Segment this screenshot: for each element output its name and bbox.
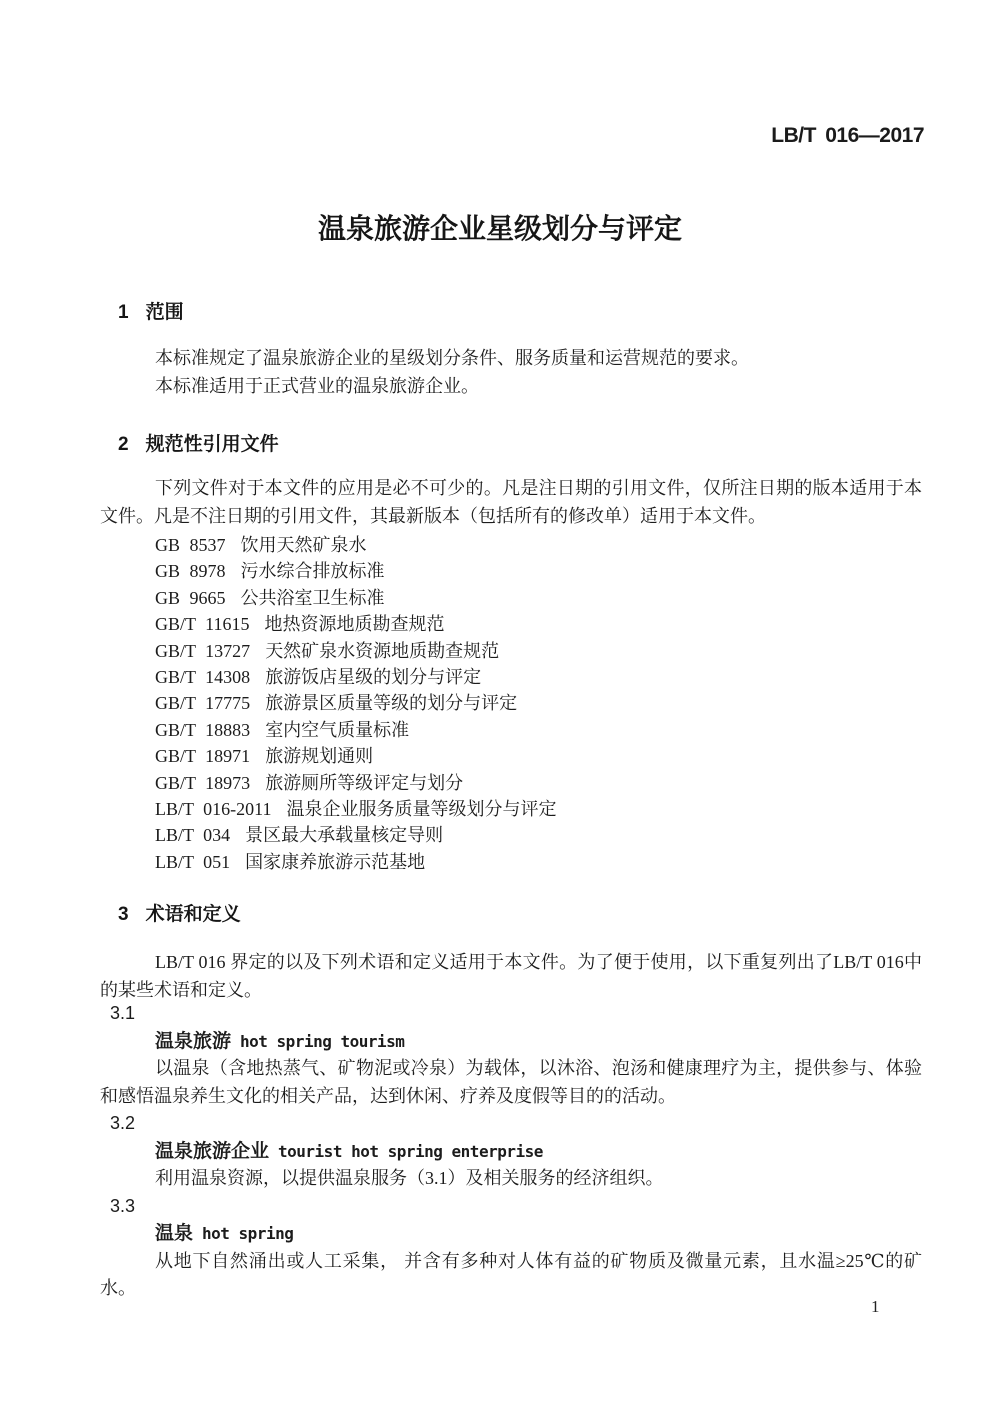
section-1-body: 本标准规定了温泉旅游企业的星级划分条件、服务质量和运营规范的要求。本标准适用于正… — [100, 344, 922, 400]
term-definition: 以温泉（含地热蒸气、矿物泥或冷泉）为载体，以沐浴、泡汤和健康理疗为主，提供参与、… — [100, 1055, 922, 1110]
term-name: 温泉hot spring — [100, 1220, 922, 1248]
reference-title: 室内空气质量标准 — [265, 720, 409, 740]
document-page: LB/T 016—2017 温泉旅游企业星级划分与评定 1范围 本标准规定了温泉… — [0, 0, 1000, 1414]
reference-code: LB/T 051 — [155, 852, 230, 872]
reference-code: LB/T 016-2011 — [155, 799, 272, 819]
term-name-en: tourist hot spring enterprise — [278, 1142, 543, 1161]
paragraph: 本标准适用于正式营业的温泉旅游企业。 — [100, 372, 922, 400]
reference-code: GB/T 17775 — [155, 693, 250, 713]
section-3-number: 3 — [118, 903, 129, 927]
reference-item: GB 9665公共浴室卫生标准 — [100, 585, 922, 611]
reference-title: 旅游厕所等级评定与划分 — [265, 773, 463, 793]
section-3-heading: 3术语和定义 — [100, 903, 940, 927]
reference-item: GB/T 11615地热资源地质勘查规范 — [100, 611, 922, 637]
term-name-zh: 温泉旅游 — [155, 1031, 231, 1052]
reference-item: GB/T 14308旅游饭店星级的划分与评定 — [100, 664, 922, 690]
reference-title: 天然矿泉水资源地质勘查规范 — [265, 641, 499, 661]
section-2-title: 规范性引用文件 — [146, 434, 279, 455]
reference-code: GB 8978 — [155, 561, 226, 581]
reference-code: LB/T 034 — [155, 825, 230, 845]
section-1-number: 1 — [118, 301, 129, 325]
reference-code: GB/T 18973 — [155, 773, 250, 793]
paragraph: LB/T 016 界定的以及下列术语和定义适用于本文件。为了便于使用，以下重复列… — [100, 948, 922, 1004]
reference-title: 景区最大承载量核定导则 — [245, 825, 443, 845]
reference-code: GB/T 11615 — [155, 614, 250, 634]
reference-title: 温泉企业服务质量等级划分与评定 — [287, 799, 557, 819]
reference-item: LB/T 034景区最大承载量核定导则 — [100, 822, 922, 848]
paragraph: 下列文件对于本文件的应用是必不可少的。凡是注日期的引用文件，仅所注日期的版本适用… — [100, 474, 922, 530]
term-name: 温泉旅游企业tourist hot spring enterprise — [100, 1138, 922, 1166]
section-2-body: 下列文件对于本文件的应用是必不可少的。凡是注日期的引用文件，仅所注日期的版本适用… — [100, 474, 922, 530]
term-name-zh: 温泉 — [155, 1223, 193, 1244]
reference-code: GB/T 13727 — [155, 641, 250, 661]
section-2-number: 2 — [118, 433, 129, 457]
reference-item: GB/T 18973旅游厕所等级评定与划分 — [100, 770, 922, 796]
section-2-heading: 2规范性引用文件 — [100, 433, 940, 457]
term-entry: 3.1 温泉旅游hot spring tourism 以温泉（含地热蒸气、矿物泥… — [100, 1000, 922, 1110]
reference-title: 公共浴室卫生标准 — [241, 588, 385, 608]
references-list: GB 8537饮用天然矿泉水 GB 8978污水综合排放标准 GB 9665公共… — [100, 532, 922, 875]
paragraph: 本标准规定了温泉旅游企业的星级划分条件、服务质量和运营规范的要求。 — [100, 344, 922, 372]
reference-code: GB/T 18971 — [155, 746, 250, 766]
reference-item: GB 8978污水综合排放标准 — [100, 558, 922, 584]
section-3-body: LB/T 016 界定的以及下列术语和定义适用于本文件。为了便于使用，以下重复列… — [100, 948, 922, 1004]
reference-title: 污水综合排放标准 — [241, 561, 385, 581]
reference-item: LB/T 051国家康养旅游示范基地 — [100, 849, 922, 875]
page-number: 1 — [871, 1297, 880, 1317]
term-name-en: hot spring tourism — [240, 1032, 404, 1051]
term-name-zh: 温泉旅游企业 — [155, 1141, 269, 1162]
term-definition: 从地下自然涌出或人工采集， 并含有多种对人体有益的矿物质及微量元素，且水温≥25… — [100, 1248, 922, 1303]
reference-item: GB/T 17775旅游景区质量等级的划分与评定 — [100, 690, 922, 716]
term-number: 3.3 — [100, 1193, 922, 1221]
reference-code: GB/T 14308 — [155, 667, 250, 687]
reference-item: GB/T 13727天然矿泉水资源地质勘查规范 — [100, 638, 922, 664]
term-name: 温泉旅游hot spring tourism — [100, 1028, 922, 1056]
reference-item: GB/T 18883室内空气质量标准 — [100, 717, 922, 743]
reference-code: GB 8537 — [155, 535, 226, 555]
term-name-en: hot spring — [202, 1224, 293, 1243]
reference-title: 旅游饭店星级的划分与评定 — [265, 667, 481, 687]
reference-title: 地热资源地质勘查规范 — [265, 614, 445, 634]
reference-code: GB/T 18883 — [155, 720, 250, 740]
reference-title: 国家康养旅游示范基地 — [245, 852, 425, 872]
term-entry: 3.3 温泉hot spring 从地下自然涌出或人工采集， 并含有多种对人体有… — [100, 1193, 922, 1303]
page-title: 温泉旅游企业星级划分与评定 — [0, 209, 1000, 249]
reference-title: 旅游规划通则 — [265, 746, 373, 766]
section-1-heading: 1范围 — [100, 301, 940, 325]
terms-list: 3.1 温泉旅游hot spring tourism 以温泉（含地热蒸气、矿物泥… — [100, 1000, 922, 1303]
section-1-title: 范围 — [146, 302, 184, 323]
term-number: 3.2 — [100, 1110, 922, 1138]
reference-title: 饮用天然矿泉水 — [241, 535, 367, 555]
reference-item: GB/T 18971旅游规划通则 — [100, 743, 922, 769]
reference-title: 旅游景区质量等级的划分与评定 — [265, 693, 517, 713]
term-definition: 利用温泉资源，以提供温泉服务（3.1）及相关服务的经济组织。 — [100, 1165, 922, 1193]
reference-item: GB 8537饮用天然矿泉水 — [100, 532, 922, 558]
term-entry: 3.2 温泉旅游企业tourist hot spring enterprise … — [100, 1110, 922, 1193]
reference-item: LB/T 016-2011温泉企业服务质量等级划分与评定 — [100, 796, 922, 822]
doc-code: LB/T 016—2017 — [771, 124, 924, 148]
reference-code: GB 9665 — [155, 588, 226, 608]
section-3-title: 术语和定义 — [146, 904, 241, 925]
term-number: 3.1 — [100, 1000, 922, 1028]
